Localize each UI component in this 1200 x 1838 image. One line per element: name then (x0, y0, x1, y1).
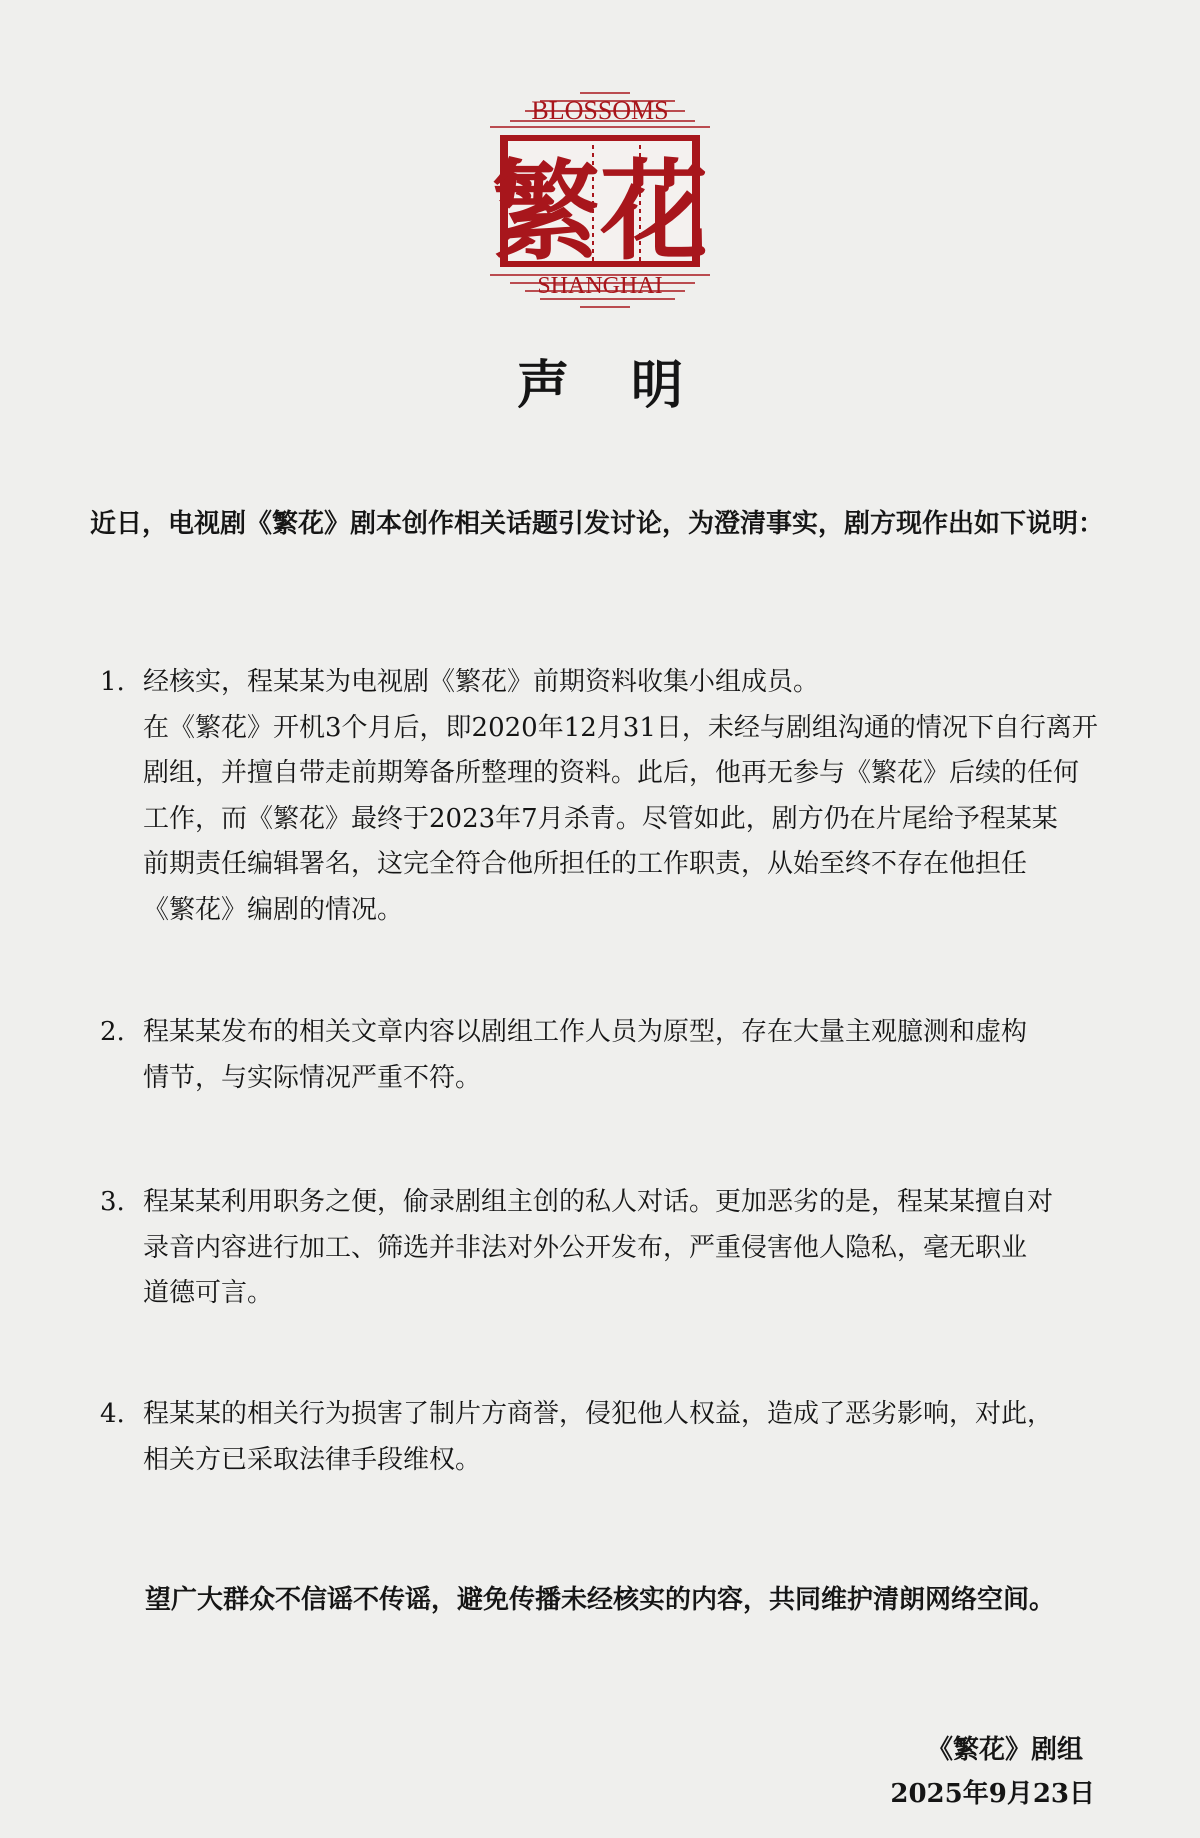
item-line: 经核实，程某某为电视剧《繁花》前期资料收集小组成员。 (143, 660, 1100, 706)
item-number: 1. (100, 660, 142, 706)
logo-graphic: BLOSSOMS 繁花 SHANGHAI (480, 75, 720, 310)
closing-appeal: 望广大群众不信谣不传谣，避免传播未经核实的内容，共同维护清朗网络空间。 (0, 1582, 1200, 1618)
statement-item-3: 3. 程某某利用职务之便，偷录剧组主创的私人对话。更加恶劣的是，程某某擅自对 录… (100, 1180, 1100, 1317)
logo-bottom-text: SHANGHAI (537, 273, 662, 299)
item-line: 程某某的相关行为损害了制片方商誉，侵犯他人权益，造成了恶劣影响，对此， (143, 1392, 1100, 1438)
item-line: 《繁花》编剧的情况。 (143, 888, 1100, 934)
statement-item-2: 2. 程某某发布的相关文章内容以剧组工作人员为原型，存在大量主观臆测和虚构 情节… (100, 1010, 1100, 1101)
item-body: 程某某利用职务之便，偷录剧组主创的私人对话。更加恶劣的是，程某某擅自对 录音内容… (143, 1180, 1100, 1317)
logo-chinese-text: 繁花 (492, 149, 708, 275)
blossoms-shanghai-logo: BLOSSOMS 繁花 SHANGHAI (480, 75, 720, 310)
item-line: 相关方已采取法律手段维权。 (143, 1438, 1100, 1484)
item-line: 情节，与实际情况严重不符。 (143, 1056, 1100, 1102)
statement-item-4: 4. 程某某的相关行为损害了制片方商誉，侵犯他人权益，造成了恶劣影响，对此， 相… (100, 1392, 1100, 1483)
item-body: 程某某的相关行为损害了制片方商誉，侵犯他人权益，造成了恶劣影响，对此， 相关方已… (143, 1392, 1100, 1483)
item-line: 工作，而《繁花》最终于2023年7月杀青。尽管如此，剧方仍在片尾给予程某某 (143, 797, 1100, 843)
item-number: 3. (100, 1180, 142, 1226)
item-body: 经核实，程某某为电视剧《繁花》前期资料收集小组成员。 在《繁花》开机3个月后，即… (143, 660, 1100, 933)
logo-top-text: BLOSSOMS (531, 96, 668, 125)
item-number: 2. (100, 1010, 142, 1056)
signature-organization: 《繁花》剧组 (890, 1728, 1083, 1772)
document-title: 声明 (0, 360, 1200, 412)
signature-block: 《繁花》剧组 2025年9月23日 (890, 1728, 1095, 1816)
item-line: 剧组，并擅自带走前期筹备所整理的资料。此后，他再无参与《繁花》后续的任何 (143, 751, 1100, 797)
item-line: 录音内容进行加工、筛选并非法对外公开发布，严重侵害他人隐私，毫无职业 (143, 1226, 1100, 1272)
item-number: 4. (100, 1392, 142, 1438)
item-line: 在《繁花》开机3个月后，即2020年12月31日，未经与剧组沟通的情况下自行离开 (143, 706, 1100, 752)
item-body: 程某某发布的相关文章内容以剧组工作人员为原型，存在大量主观臆测和虚构 情节，与实… (143, 1010, 1100, 1101)
item-line: 前期责任编辑署名，这完全符合他所担任的工作职责，从始至终不存在他担任 (143, 842, 1100, 888)
statement-item-1: 1. 经核实，程某某为电视剧《繁花》前期资料收集小组成员。 在《繁花》开机3个月… (100, 660, 1100, 933)
item-line: 程某某发布的相关文章内容以剧组工作人员为原型，存在大量主观臆测和虚构 (143, 1010, 1100, 1056)
intro-paragraph: 近日，电视剧《繁花》剧本创作相关话题引发讨论，为澄清事实，剧方现作出如下说明： (90, 506, 1120, 542)
item-line: 道德可言。 (143, 1271, 1100, 1317)
item-line: 程某某利用职务之便，偷录剧组主创的私人对话。更加恶劣的是，程某某擅自对 (143, 1180, 1100, 1226)
signature-date: 2025年9月23日 (890, 1772, 1095, 1816)
